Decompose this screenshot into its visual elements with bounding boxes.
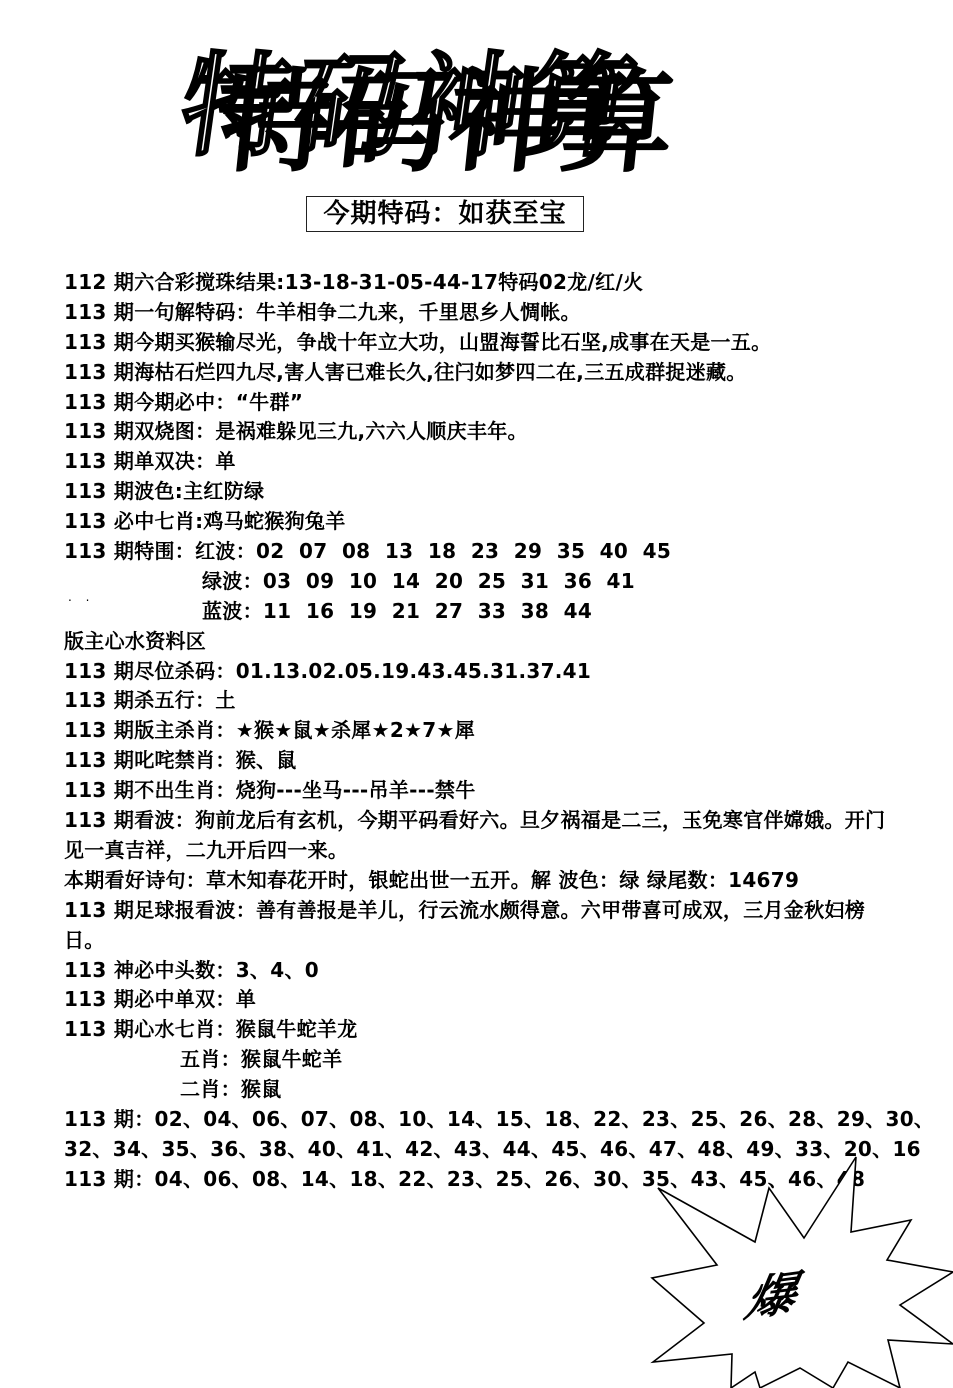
- red-wave-numbers: 红波：02 07 08 13 18 23 29 35 40 45: [195, 539, 671, 563]
- odd-even-line: 113 期单双决：单: [64, 447, 894, 477]
- special-range-blue: 蓝波：11 16 19 21 27 33 38 44: [64, 597, 894, 627]
- special-range-label: 113 期特围：: [64, 539, 195, 563]
- wave-watch-paragraph: 113 期看波：狗前龙后有玄机，今期平码看好六。旦夕祸福是二三，玉免寒官伴嫦娥。…: [64, 806, 894, 866]
- seven-zodiac-line: 113 必中七肖:鸡马蛇猴狗兔羊: [64, 507, 894, 537]
- kill-zodiac-line: 113 期版主杀肖：★猴★鼠★杀犀★2★7★犀: [64, 716, 894, 746]
- title-banner: 特码神算 特码神算: [200, 42, 670, 192]
- heads-line: 113 神必中头数：3、4、0: [64, 956, 894, 986]
- special-range-green: 绿波：03 09 10 14 20 25 31 36 41: [64, 567, 894, 597]
- section-title: 版主心水资料区: [64, 627, 894, 657]
- poem-pick-line: 本期看好诗句：草木知春花开时，银蛇出世一五开。解 波色：绿 绿尾数：14679: [64, 866, 894, 896]
- poem-line-1: 113 期今期买猴输尽光，争战十年立大功，山盟海誓比石坚,成事在天是一五。: [64, 328, 894, 358]
- blue-wave-numbers: 蓝波：11 16 19 21 27 33 38 44: [202, 599, 592, 623]
- green-wave-numbers: 绿波：03 09 10 14 20 25 31 36 41: [202, 569, 635, 593]
- subtitle-box: 今期特码：如获至宝: [306, 196, 584, 232]
- banned-zodiac-line: 113 期叱咤禁肖：猴、鼠: [64, 746, 894, 776]
- kill-numbers-line: 113 期尽位杀码：01.13.02.05.19.43.45.31.37.41: [64, 657, 894, 687]
- double-burn-line: 113 期双烧图：是祸难躲见三九,六六人顺庆丰年。: [64, 417, 894, 447]
- poem-line-2: 113 期海枯石烂四九尽,害人害已难长久,往闩如梦四二在,三五成群捉迷藏。: [64, 358, 894, 388]
- no-show-zodiac-line: 113 期不出生肖：烧狗---坐马---吊羊---禁牛: [64, 776, 894, 806]
- two-pick-line: 二肖：猴鼠: [64, 1075, 894, 1105]
- stray-dots: . .: [68, 590, 94, 604]
- special-range-red: 113 期特围：红波：02 07 08 13 18 23 29 35 40 45: [64, 537, 894, 567]
- one-line-hint: 113 期一句解特码：牛羊相争二九来，千里思乡人惆帐。: [64, 298, 894, 328]
- kill-element-line: 113 期杀五行：土: [64, 686, 894, 716]
- football-paragraph: 113 期足球报看波：善有善报是羊儿，行云流水颇得意。六甲带喜可成双，三月金秋妇…: [64, 896, 894, 956]
- result-line: 112 期六合彩搅珠结果:13-18-31-05-44-17特码02龙/红/火: [64, 268, 894, 298]
- wave-color-line: 113 期波色:主红防绿: [64, 477, 894, 507]
- title-text: 特码神算: [212, 48, 684, 198]
- content-body: 112 期六合彩搅珠结果:13-18-31-05-44-17特码02龙/红/火 …: [64, 268, 894, 1195]
- must-hit-line: 113 期今期必中：“牛群”: [64, 388, 894, 418]
- five-pick-line: 五肖：猴鼠牛蛇羊: [64, 1045, 894, 1075]
- numbers-line-1: 113 期：02、04、06、07、08、10、14、15、18、22、23、2…: [64, 1105, 894, 1135]
- seven-pick-line: 113 期心水七肖：猴鼠牛蛇羊龙: [64, 1015, 894, 1045]
- odd-even-pick-line: 113 期必中单双：单: [64, 985, 894, 1015]
